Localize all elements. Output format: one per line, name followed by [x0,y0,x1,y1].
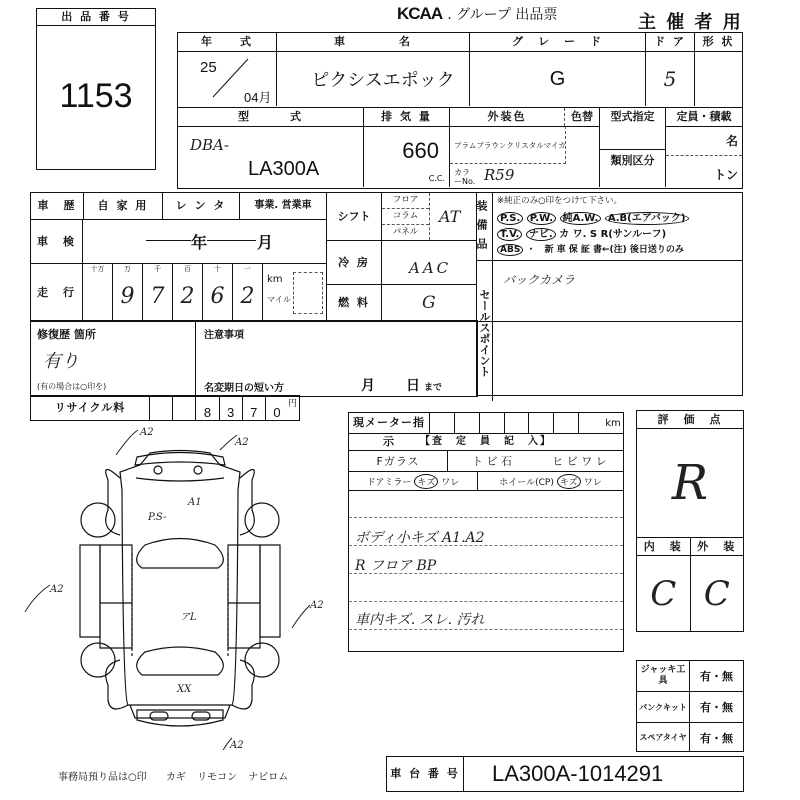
mirror-wheel-row: ドアミラー キズ ワレ ホイール(CP) キズ ワレ [349,472,623,491]
equip-pw[interactable]: P.W. [527,212,556,225]
sales-point-cell: セールスポイント バックカメラ [477,261,742,321]
fuel-cell: 燃 料 G [327,285,477,321]
mirror-crack[interactable]: ワレ [441,475,459,488]
shape-cell: 形 状 [695,33,742,106]
history-rental[interactable]: レ ン タ [163,193,240,219]
equipment-cell: 装備品 ※純正のみ○印をつけて下さい。 P.S. P.W. 純A.W. A.B(… [477,193,742,261]
meter-digit-cell[interactable] [528,413,553,433]
recycle-digits: 8370円 [150,396,299,420]
displacement-value: 660 [402,138,439,164]
equipment-row-3: ABS ・ 新 車 保 証 書←(注) 後日送りのみ [497,242,684,255]
mileage-digit: 9 [113,284,142,309]
grade-cell: グ レ ー ド G [470,33,646,106]
ac-value: AAC [409,259,451,277]
recycle-row: リサイクル料 8370円 [30,395,300,421]
shift-panel[interactable]: パネル [382,225,429,240]
grade-value: G [470,52,645,106]
model-prefix: DBA- [190,136,229,154]
doors-value: 5 [646,52,694,106]
equip-ps[interactable]: P.S. [497,212,523,225]
equip-navi[interactable]: ナビ. [526,228,556,241]
glass-chip[interactable]: ト ビ 石 [448,451,536,471]
svg-text:A1: A1 [187,497,202,508]
inspector-note-2: R フロア BP [355,555,436,575]
chassis-number: LA300A-1014291 [464,757,743,791]
lot-number-box: 出 品 番 号 1153 [36,8,156,170]
ac-cell: 冷 房 AAC [327,241,477,285]
accessories-panel: ジャッキ工具 有・無 パンクキット 有・無 スペアタイヤ 有・無 [636,660,744,752]
meter-digit-cell[interactable] [454,413,479,433]
type-designation-cell: 型式指定 類別区分 [600,108,666,187]
overall-score: R [637,429,743,538]
car-damage-diagram[interactable]: A2 A2 A1 P.S- A2 A2 アL XX A2 [20,420,340,750]
mileage-digit: 6 [203,284,232,309]
meter-digit-cell[interactable] [504,413,529,433]
form-title: . グループ 出品票 [447,7,557,23]
shift-cell: シフト フロア コラム パネル AT [327,193,477,241]
svg-text:アL: アL [180,612,197,623]
inspector-note-1: ボディ小キズ A1.A2 [355,527,485,547]
mileage-digit-cell: 百2 [173,264,203,321]
recycle-digit: 3 [220,396,243,420]
wheel-crack[interactable]: ワレ [584,475,602,488]
history-commercial[interactable]: 事業. 営業車 [240,193,326,219]
meter-digit-cell[interactable] [479,413,504,433]
svg-text:P.S-: P.S- [147,512,167,523]
caution-cell: 注意事項 名変期日の短い方 月 日 まで [196,321,476,395]
inspector-note-3: 車内キズ. スレ. 汚れ [355,609,485,629]
jack-tool-status[interactable]: 有・無 [690,661,743,691]
equip-airbag[interactable]: A.B(エアバック) [605,212,689,225]
color-number: R59 [484,166,514,184]
mile-checkbox[interactable] [293,272,323,314]
interior-score: C [637,556,691,632]
glass-crack[interactable]: ヒ ビ ワ レ [536,451,623,471]
mileage-digit-cell: 一2 [233,264,263,321]
wheel-scratch[interactable]: キズ [557,474,581,489]
year-month: 04月 [244,87,271,106]
glass-row: Fガラス ト ビ 石 ヒ ビ ワ レ [349,451,623,472]
equip-tv[interactable]: T.V. [497,228,522,241]
mileage-digit-cell: 十万 [83,264,113,321]
recycle-digit [150,396,173,420]
exterior-color-cell: 外装色 色替 プラムブラウンクリスタルマイカ カラーNo. R59 [450,108,600,187]
svg-text:XX: XX [176,684,192,695]
equipment-row-1: P.S. P.W. 純A.W. A.B(エアバック) [497,209,689,224]
mileage-digit: 7 [143,284,172,309]
mileage-digits: 十万万9千7百2十6一2 [83,264,263,321]
mileage-digit: 2 [173,284,202,309]
svg-text:A2: A2 [49,584,64,595]
recycle-digit: 0 [266,396,288,420]
meter-digit-cell[interactable] [429,413,454,433]
shape-value [695,52,742,106]
equipment-row-2: T.V. ナビ. カ ワ. S R(サンルーフ) [497,225,666,240]
lot-number: 1153 [37,26,155,166]
mileage-digit-cell: 千7 [143,264,173,321]
displacement-cell: 排 気 量 660 C.C. [364,108,450,187]
equip-abs[interactable]: ABS [497,244,523,256]
svg-text:A2: A2 [309,600,324,611]
svg-text:A2: A2 [234,437,249,448]
mileage-digit: 2 [233,284,262,309]
svg-text:A2: A2 [229,740,244,750]
svg-text:A2: A2 [139,427,154,438]
mileage-row: 走 行 十万万9千7百2十6一2 km マイル [31,264,327,321]
model-value: LA300A [248,158,319,181]
history-private[interactable]: 自 家 用 [84,193,163,219]
meter-digit-cell[interactable] [553,413,578,433]
exterior-score: C [691,556,744,632]
chassis-number-box: 車 台 番 号 LA300A-1014291 [386,756,744,792]
spare-tire-status[interactable]: 有・無 [690,723,743,752]
shift-value: AT [439,207,460,226]
shift-floor[interactable]: フロア [382,193,429,209]
equip-aw[interactable]: 純A.W. [560,212,602,225]
vehicle-info-row: 年 式 25 04月 車 名 ピクシスエポック グ レ ー ド G ド ア 5 … [177,32,743,108]
copy-label: 主 催 者 用 [638,8,743,34]
model-cell: 型 式 DBA- LA300A [178,108,364,187]
sales-point-value: バックカメラ [503,271,575,288]
drive-specs: シフト フロア コラム パネル AT 冷 房 AAC 燃 料 G [327,193,477,321]
score-panel: 評 価 点 R 内 装 外 装 C C [636,410,744,632]
meter-digit-cell[interactable] [578,413,603,433]
mirror-scratch[interactable]: キズ [414,474,438,489]
exterior-color-value: プラムブラウンクリスタルマイカ [454,140,566,151]
spec-row: 型 式 DBA- LA300A 排 気 量 660 C.C. 外装色 色替 プラ… [177,107,743,189]
history-row: 車 歴 自 家 用 レ ン タ 事業. 営業車 [31,193,327,220]
repair-caution-row: 修復歴 箇所 有り (有の場合は○印を) 注意事項 名変期日の短い方 月 日 ま… [30,320,478,397]
repair-cell: 修復歴 箇所 有り (有の場合は○印を) [31,321,196,395]
office-item-remote[interactable]: リモコン [197,772,237,783]
recycle-digit [173,396,196,420]
details-table: 車 歴 自 家 用 レ ン タ 事業. 営業車 車 検 年 月 走 行 十万万9… [30,192,743,322]
doors-cell: ド ア 5 [646,33,695,106]
capacity-cell: 定員・積載 名 トン [666,108,742,187]
lot-number-label: 出 品 番 号 [37,9,155,26]
inspection-row: 車 検 年 月 [31,220,327,264]
meter-row: 現メーター指示 km [349,413,623,434]
year-cell: 年 式 25 04月 [178,33,277,106]
equip-sunroof[interactable]: S R(サンルーフ) [590,229,666,240]
repair-value: 有り [43,347,79,373]
equip-leather[interactable]: カ ワ. [559,229,586,240]
office-item-navirom[interactable]: ナビロム [248,772,288,783]
auction-logo: KCAA . グループ 出品票 [397,4,557,24]
mileage-digit-cell: 十6 [203,264,233,321]
recycle-digit: 7 [243,396,266,420]
fuel-value: G [422,293,436,313]
car-name-cell: 車 名 ピクシスエポック [277,33,470,106]
shift-column[interactable]: コラム [382,209,429,225]
office-item-key[interactable]: カギ [166,772,186,783]
recycle-digit: 8 [196,396,219,420]
puncture-kit-status[interactable]: 有・無 [690,692,743,722]
car-name: ピクシスエポック [277,52,469,106]
office-items: 事務局預り品は○印 カギ リモコン ナビロム [58,768,288,783]
inspector-panel: 現メーター指示 km 【査 定 員 記 入】 Fガラス ト ビ 石 ヒ ビ ワ … [348,412,624,652]
mileage-digit-cell: 万9 [113,264,143,321]
